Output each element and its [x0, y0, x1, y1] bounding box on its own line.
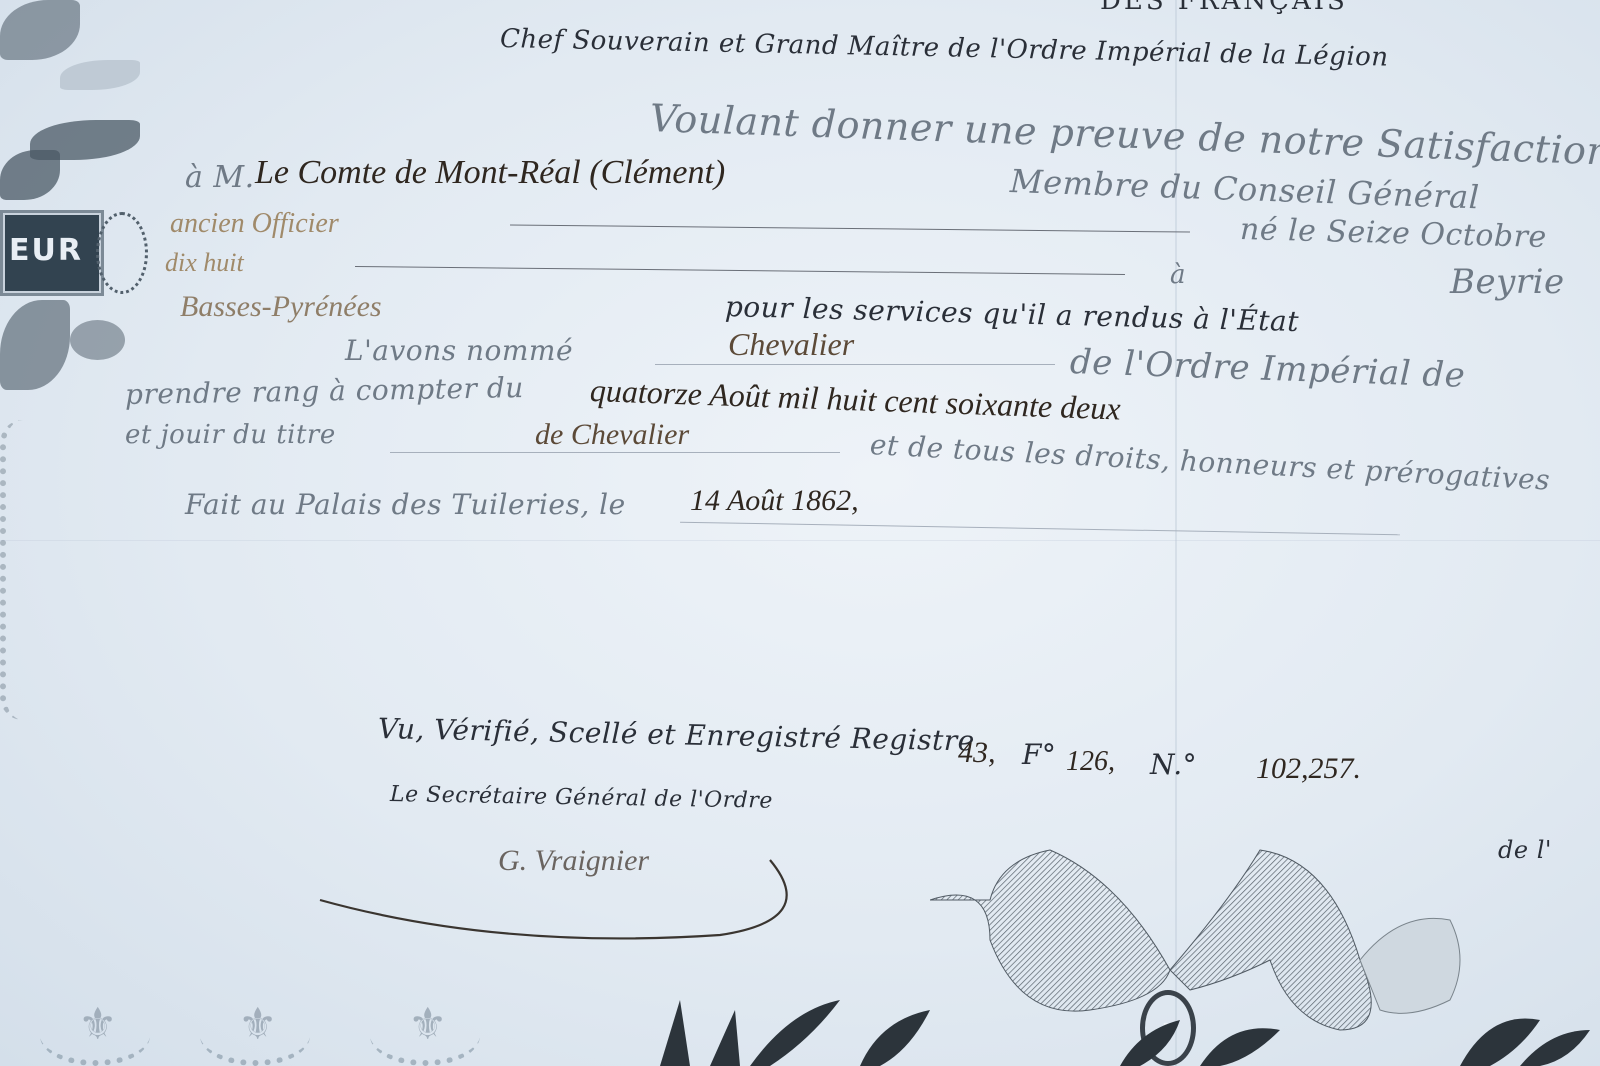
recipient-name: Le Comte de Mont-Réal (Clément) [255, 154, 725, 192]
birth-year-partial: dix huit [165, 248, 244, 278]
ribbon-end-icon [70, 320, 125, 360]
laurel-wreath-engraving [640, 990, 1600, 1066]
fleur-de-lis-icon [40, 1005, 150, 1066]
label-a: à [1170, 260, 1186, 290]
label-fait-au-palais: Fait au Palais des Tuileries, le [185, 488, 626, 521]
header-title: Chef Souverain et Grand Maître de l'Ordr… [500, 24, 1389, 73]
department: Basses-Pyrénées [180, 290, 382, 324]
ribbon-knot-icon [0, 300, 70, 390]
header-partial: DES FRANÇAIS [1100, 0, 1348, 16]
left-ornament: EUR [0, 0, 150, 420]
folio-label: F° [1022, 738, 1056, 771]
leaf-icon [60, 60, 140, 90]
title-awarded: de Chevalier [535, 418, 689, 452]
wreath-icon [0, 0, 80, 60]
signature-flourish [300, 840, 820, 950]
vine-border-ornament [0, 420, 46, 720]
right-fragment-text: de l' [1498, 836, 1552, 864]
secretary-label: Le Secrétaire Général de l'Ordre [390, 782, 773, 814]
blank-rule-2 [355, 266, 1125, 275]
fleur-de-lis-icon [370, 1005, 480, 1066]
number-label: N.° [1150, 748, 1197, 781]
scroll-ornament-icon [0, 150, 60, 200]
rights-text: et de tous les droits, honneurs et préro… [869, 428, 1551, 497]
honneur-banner: EUR [0, 210, 104, 296]
bottom-fleur-border [0, 995, 660, 1066]
label-avons-nomme: L'avons nommé [345, 334, 573, 367]
rosette-icon [96, 212, 148, 294]
registre-number: 43, [958, 736, 996, 770]
body-line-voulant: Voulant donner une preuve de notre Satis… [649, 96, 1600, 174]
label-jouir-du-titre: et jouir du titre [125, 420, 336, 450]
birth-place: Beyrie [1450, 262, 1565, 302]
order-text: de l'Ordre Impérial de [1069, 342, 1466, 396]
banner-text: EUR [9, 233, 83, 268]
date-rule [680, 522, 1400, 536]
label-a-m: à M. [185, 160, 255, 195]
label-prendre-rang: prendre rang à compter du [125, 371, 524, 411]
issue-date: 14 Août 1862, [690, 484, 859, 518]
registration-label: Vu, Vérifié, Scellé et Enregistré Regist… [378, 712, 976, 757]
birth-date: né le Seize Octobre [1240, 212, 1548, 255]
fleur-de-lis-icon [200, 1005, 310, 1066]
title-rule [390, 452, 840, 453]
recipient-title: Membre du Conseil Général [1009, 162, 1480, 216]
blank-rule-1 [510, 224, 1190, 232]
paper-fold-horizontal [0, 540, 1600, 541]
former-rank: ancien Officier [170, 208, 339, 240]
rank-awarded: Chevalier [728, 326, 854, 363]
registration-number: 102,257. [1256, 752, 1361, 786]
folio-number: 126, [1066, 746, 1115, 778]
rank-rule [655, 364, 1055, 365]
